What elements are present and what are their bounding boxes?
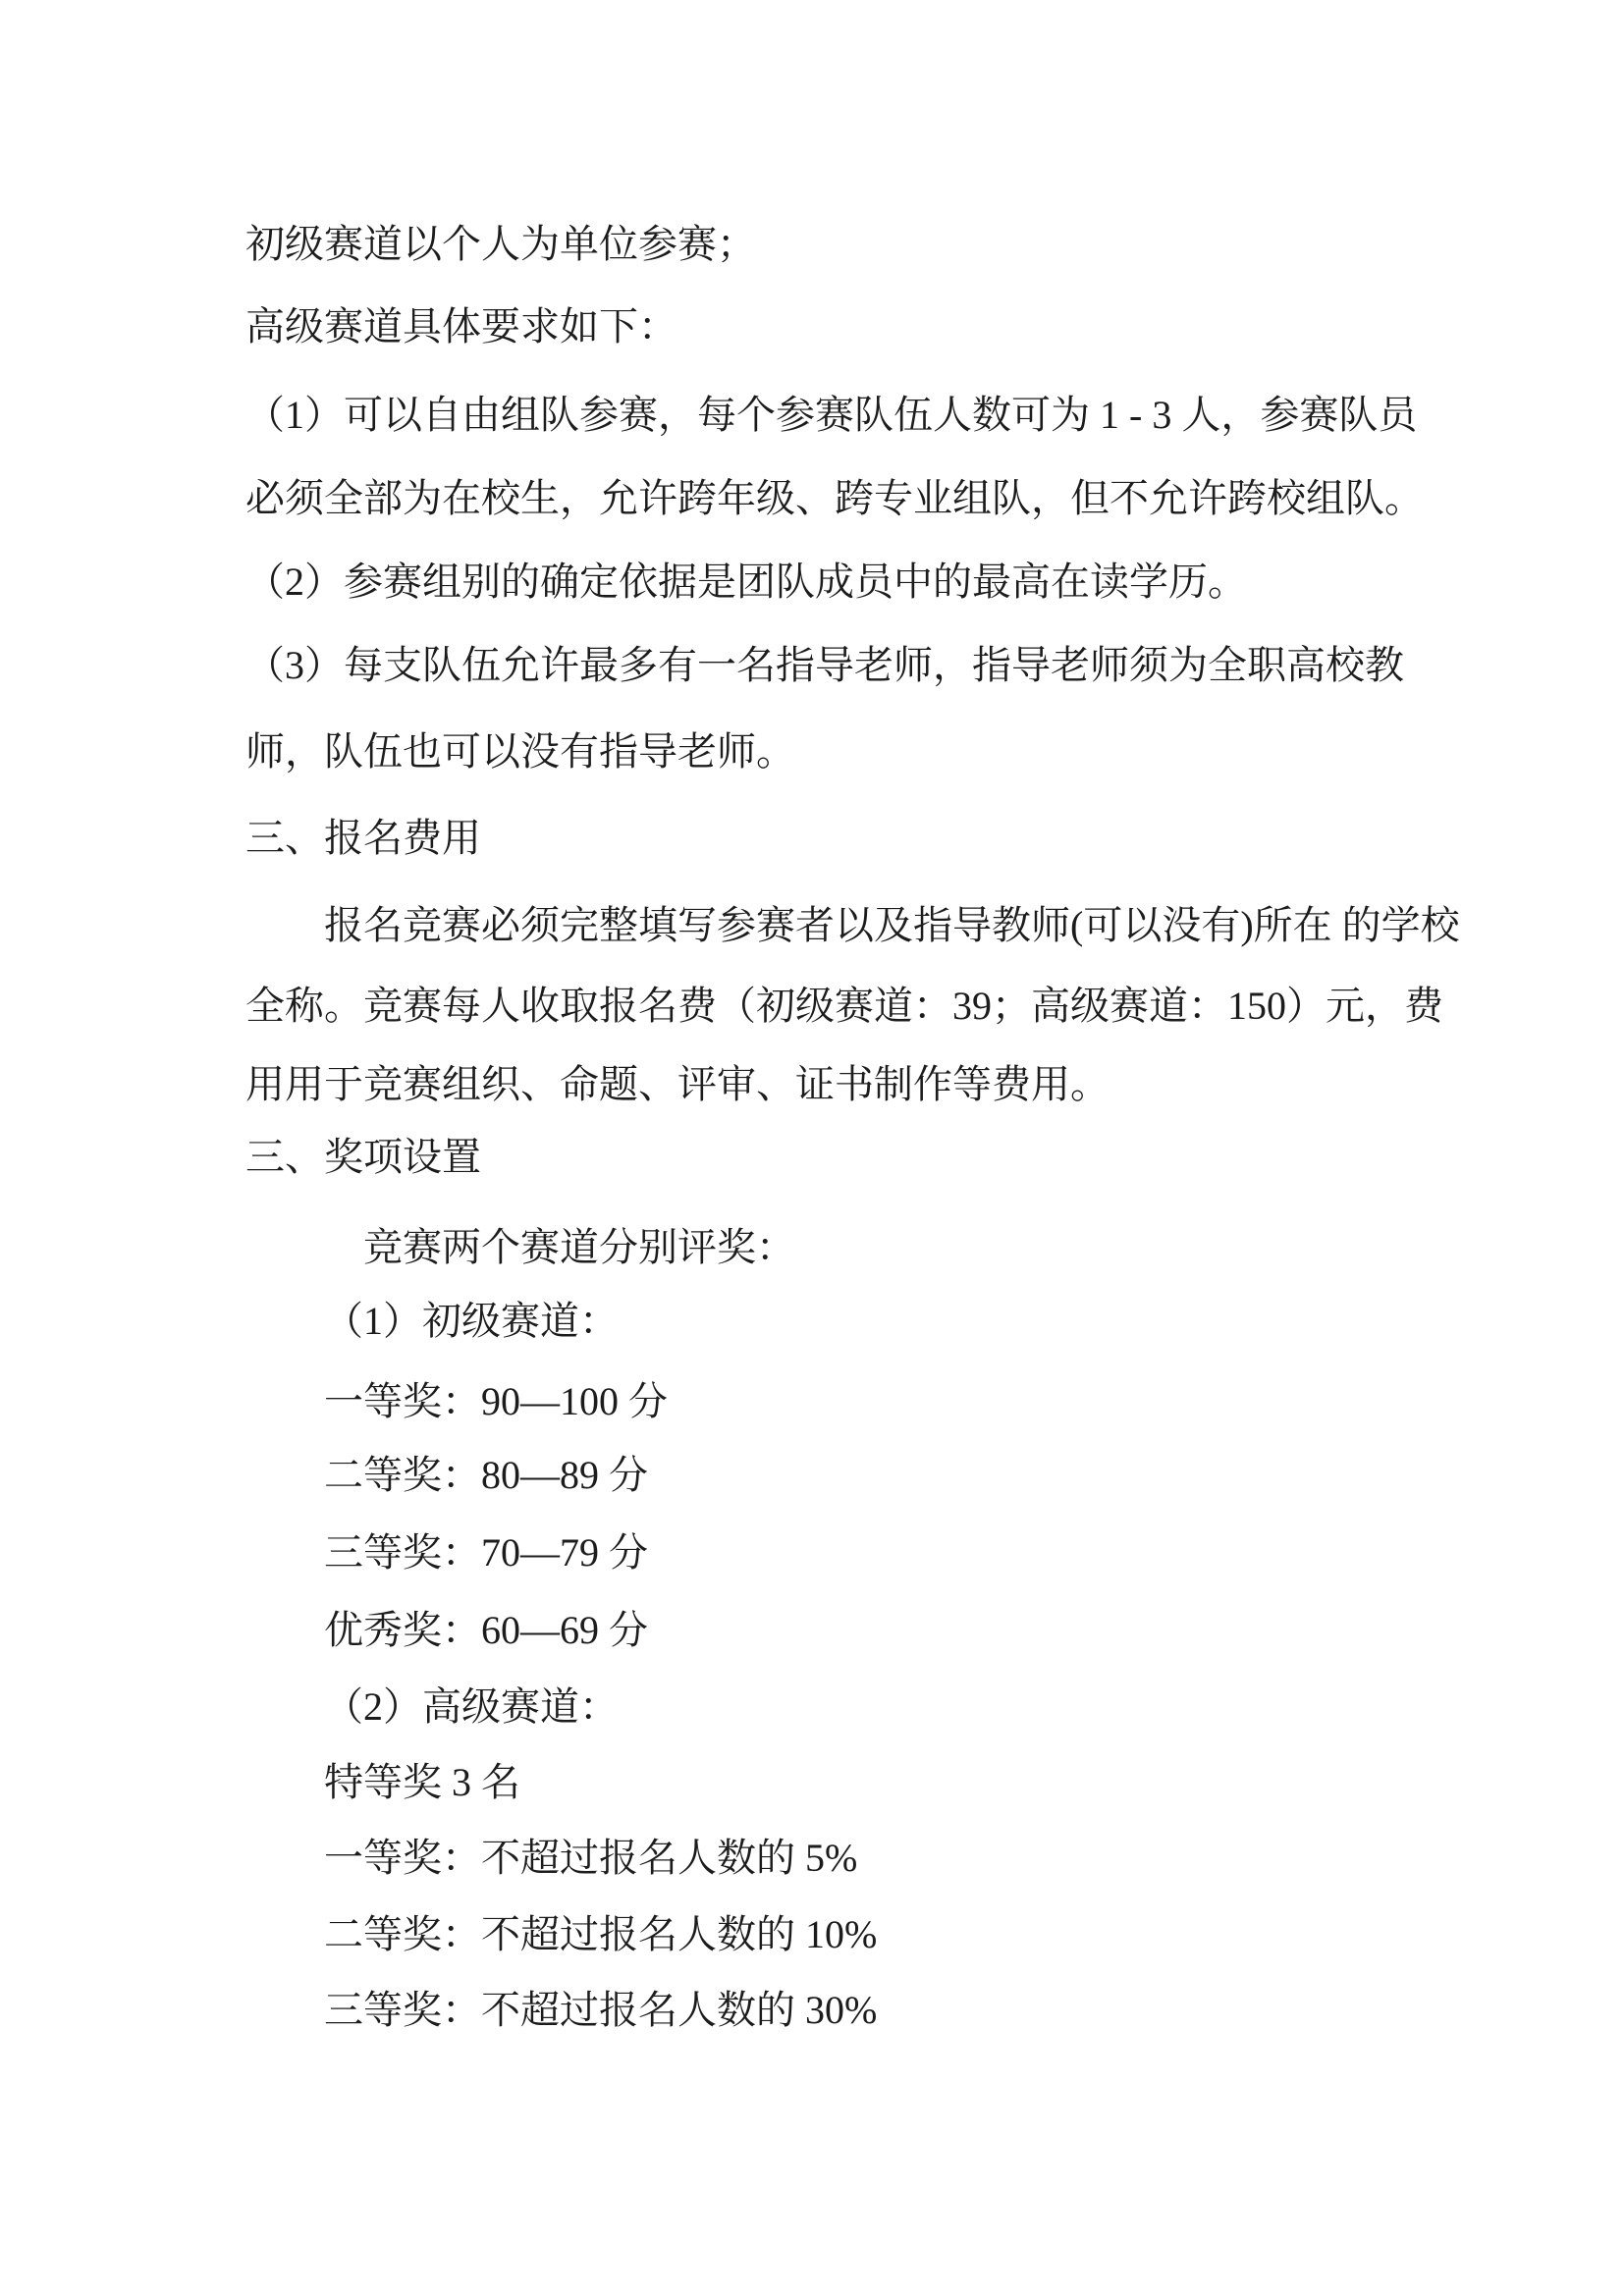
- line-rule-1-continued: 必须全部为在校生，允许跨年级、跨专业组队，但不允许跨校组队。: [245, 474, 1424, 523]
- line-senior-grand-prize: 特等奖 3 名: [324, 1758, 520, 1807]
- line-junior-excellence-prize: 优秀奖：60—69 分: [324, 1606, 648, 1655]
- document-page: 初级赛道以个人为单位参赛； 高级赛道具体要求如下： （1）可以自由组队参赛，每个…: [0, 0, 1624, 2296]
- line-senior-track-requirements: 高级赛道具体要求如下：: [245, 302, 677, 351]
- line-rule-1-team-formation: （1）可以自由组队参赛，每个参赛队伍人数可为 1 - 3 人，参赛队员: [245, 391, 1417, 440]
- section-heading-registration-fee: 三、报名费用: [245, 814, 481, 863]
- line-senior-first-prize: 一等奖：不超过报名人数的 5%: [324, 1834, 857, 1883]
- line-senior-third-prize: 三等奖：不超过报名人数的 30%: [324, 1986, 877, 2035]
- section-heading-awards: 三、奖项设置: [245, 1133, 481, 1182]
- line-rule-3-advisor: （3）每支队伍允许最多有一名指导老师，指导老师须为全职高校教: [245, 641, 1404, 690]
- line-senior-track-heading: （2）高级赛道：: [324, 1682, 619, 1732]
- line-fee-paragraph-3: 用用于竞赛组织、命题、评审、证书制作等费用。: [245, 1060, 1110, 1109]
- line-junior-first-prize: 一等奖：90—100 分: [324, 1377, 668, 1426]
- line-junior-second-prize: 二等奖：80—89 分: [324, 1451, 648, 1500]
- line-junior-third-prize: 三等奖：70—79 分: [324, 1528, 648, 1577]
- line-junior-track-heading: （1）初级赛道：: [324, 1297, 619, 1346]
- line-rule-3-continued: 师，队伍也可以没有指导老师。: [245, 727, 795, 776]
- line-fee-paragraph-2: 全称。竞赛每人收取报名费（初级赛道：39；高级赛道：150）元，费: [245, 982, 1443, 1031]
- line-awards-intro: 竞赛两个赛道分别评奖：: [363, 1223, 795, 1272]
- line-rule-2-group-determination: （2）参赛组别的确定依据是团队成员中的最高在读学历。: [245, 558, 1247, 607]
- line-fee-paragraph-1: 报名竞赛必须完整填写参赛者以及指导教师(可以没有)所在 的学校: [324, 901, 1460, 950]
- line-senior-second-prize: 二等奖：不超过报名人数的 10%: [324, 1910, 877, 1959]
- line-junior-track-individual: 初级赛道以个人为单位参赛；: [245, 220, 756, 269]
